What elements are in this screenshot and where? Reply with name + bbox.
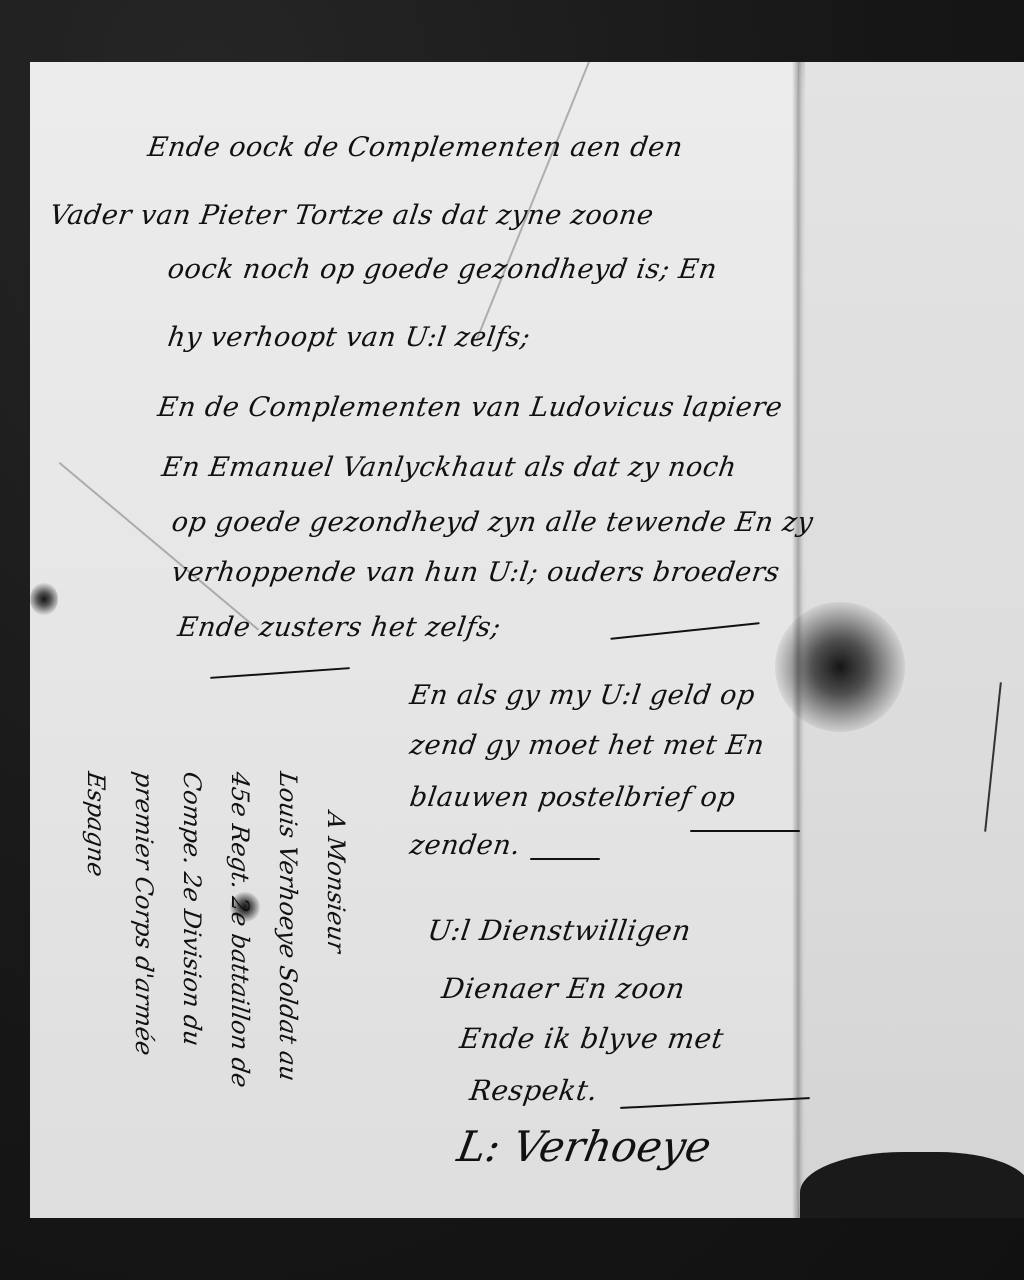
flourish [530,858,600,860]
closing-line: Respekt. [468,1074,600,1107]
body-line: verhoppende van hun U:l; ouders broeders [170,557,782,588]
address-rotated: A Monsieur Louis Verhoeye Soldat au 45e … [50,762,350,1218]
postscript-line: zenden. [408,830,523,861]
body-line: En Emanuel Vanlyckhaut als dat zy noch [160,452,739,483]
flourish [620,1097,810,1109]
body-line: Ende oock de Complementen aen den [146,132,685,163]
closing-line: U:l Dienstwilligen [426,914,693,947]
body-line: Ende zusters het zelfs; [176,612,503,643]
address-line: Louis Verhoeye Soldat au [274,770,302,1083]
body-line: En de Complementen van Ludovicus lapiere [156,392,785,423]
closing-line: Ende ik blyve met [458,1022,726,1055]
body-line: Vader van Pieter Tortze als dat zyne zoo… [48,200,656,231]
address-block: A Monsieur Louis Verhoeye Soldat au 45e … [50,762,350,1218]
address-line: premier Corps d'armée [130,770,158,1057]
postscript-line: blauwen postelbrief op [408,782,738,813]
postscript-line: zend gy moet het met En [408,730,767,761]
address-line: A Monsieur [322,810,350,955]
body-line: oock noch op goede gezondheyd is; En [166,254,719,285]
address-line: 45e Regt. 2e battaillon de [226,770,254,1089]
torn-edge [800,1152,1024,1218]
closing-line: Dienaer En zoon [440,972,688,1005]
body-line: op goede gezondheyd zyn alle tewende En … [170,507,815,538]
signature: L: Verhoeye [454,1122,715,1171]
body-line: hy verhoopt van U:l zelfs; [166,322,533,353]
flourish [210,667,350,679]
flourish [690,830,800,832]
address-line: Compe. 2e Division du [178,770,206,1048]
postscript-line: En als gy my U:l geld op [408,680,757,711]
letter-paper: Ende oock de Complementen aen den Vader … [30,62,1024,1218]
address-line: Espagne [82,770,110,878]
flourish [610,622,759,640]
